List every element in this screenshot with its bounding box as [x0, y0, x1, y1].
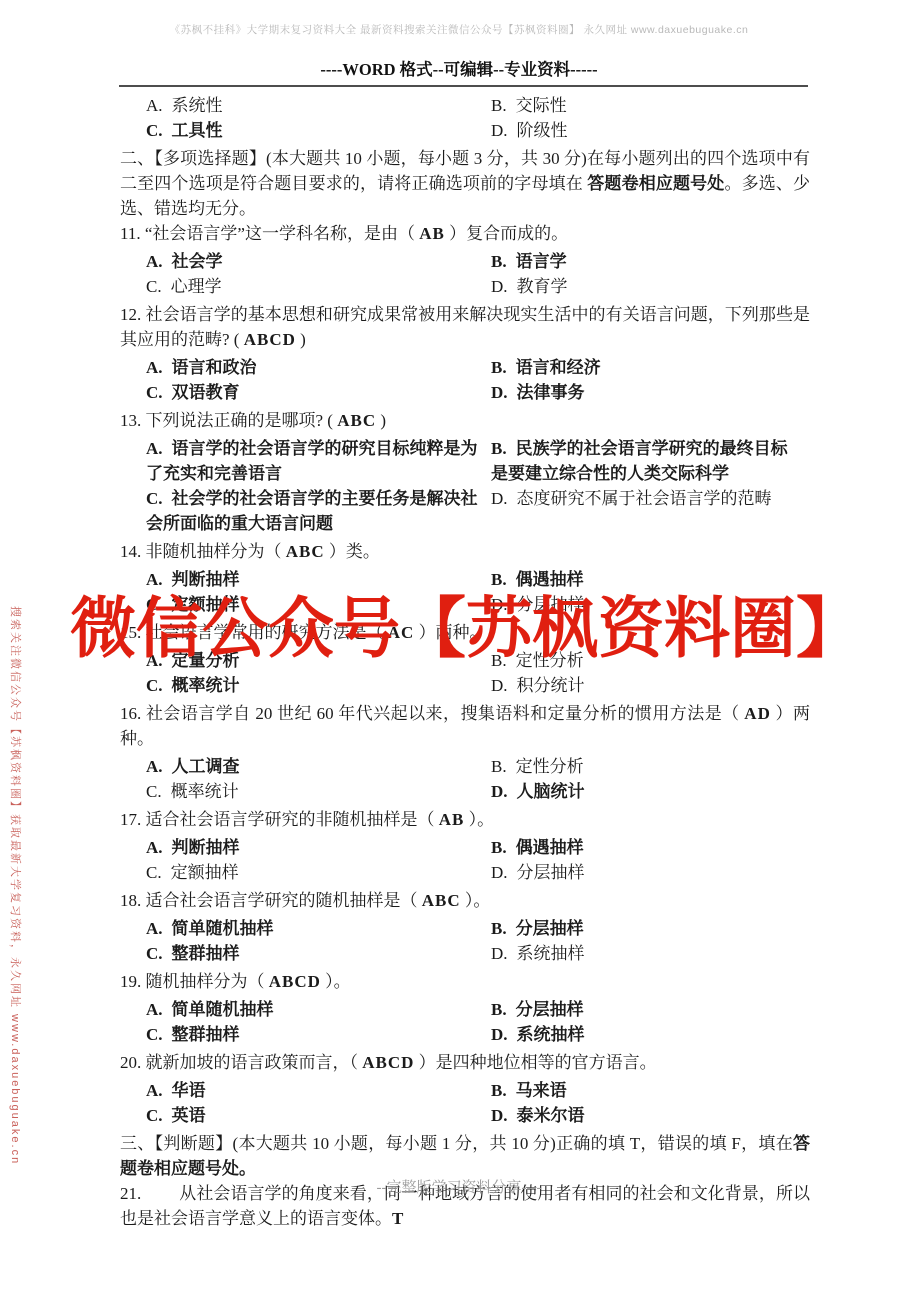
option: C.概率统计	[146, 673, 491, 698]
option: D.积分统计	[491, 673, 810, 698]
option: C.整群抽样	[146, 1022, 491, 1047]
header-note: 《苏枫不挂科》大学期末复习资料大全 最新资料搜索关注微信公众号【苏枫资料圈】 永…	[0, 22, 918, 37]
options-grid: A.判断抽样 B.偶遇抽样 C.定额抽样 D.分层抽样	[120, 835, 810, 885]
question-stem: 12. 社会语言学的基本思想和研究成果常被用来解决现实生活中的有关语言问题，下列…	[120, 302, 810, 352]
option: D.阶级性	[491, 118, 810, 143]
option: A.判断抽样	[146, 835, 491, 860]
document-page: 《苏枫不挂科》大学期末复习资料大全 最新资料搜索关注微信公众号【苏枫资料圈】 永…	[0, 0, 918, 1298]
answer-key: ABCD	[269, 972, 321, 991]
doc-title: ----WORD 格式--可编辑--专业资料-----	[0, 56, 918, 80]
footer-note: --完整版学习资料分享----	[0, 1176, 918, 1197]
question-stem: 17. 适合社会语言学研究的非随机抽样是（ AB ）。	[120, 807, 810, 832]
side-watermark: 搜索关注微信公众号【苏枫资料圈】获取最新大学复习资料，永久网址 www.daxu…	[8, 606, 24, 1165]
option: C.定额抽样	[146, 860, 491, 885]
options-grid: A.社会学 B.语言学 C.心理学 D.教育学	[120, 249, 810, 299]
bold-phrase: 答题卷相应题号处	[587, 174, 724, 193]
header-divider	[119, 85, 808, 87]
question-stem: 19. 随机抽样分为（ ABCD ）。	[120, 969, 810, 994]
option: D.法律事务	[491, 380, 810, 405]
option: D.泰米尔语	[491, 1103, 810, 1128]
option: C.心理学	[146, 274, 491, 299]
answer-key: ABC	[286, 542, 325, 561]
option: A.语言和政治	[146, 355, 491, 380]
answer-key: ABCD	[244, 330, 296, 349]
option: B.民族学的社会语言学研究的最终目标是要建立综合性的人类交际科学	[491, 436, 810, 486]
option: B.分层抽样	[491, 997, 810, 1022]
option: C.社会学的社会语言学的主要任务是解决社会所面临的重大语言问题	[146, 486, 491, 536]
option: C.工具性	[146, 118, 491, 143]
option: B.定性分析	[491, 754, 810, 779]
option: B.交际性	[491, 93, 810, 118]
option: B.偶遇抽样	[491, 567, 810, 592]
option: B.马来语	[491, 1078, 810, 1103]
option: C.概率统计	[146, 779, 491, 804]
option: C.整群抽样	[146, 941, 491, 966]
section2-intro: 二、【多项选择题】(本大题共 10 小题，每小题 3 分，共 30 分)在每小题…	[120, 146, 810, 221]
options-grid: A.人工调查 B.定性分析 C.概率统计 D.人脑统计	[120, 754, 810, 804]
question-stem: 20. 就新加坡的语言政策而言，（ ABCD ）是四种地位相等的官方语言。	[120, 1050, 810, 1075]
answer-key: ABC	[422, 891, 461, 910]
options-grid: A.语言和政治 B.语言和经济 C.双语教育 D.法律事务	[120, 355, 810, 405]
answer-key: T	[392, 1209, 403, 1228]
watermark-overlay: 微信公众号【苏枫资料圈】	[70, 597, 862, 663]
option: A.华语	[146, 1078, 491, 1103]
options-grid: A.语言学的社会语言学的研究目标纯粹是为了充实和完善语言 B.民族学的社会语言学…	[120, 436, 810, 536]
option: A.简单随机抽样	[146, 916, 491, 941]
option: B.语言学	[491, 249, 810, 274]
answer-key: ABC	[337, 411, 376, 430]
option: B.分层抽样	[491, 916, 810, 941]
answer-key: AD	[744, 704, 771, 723]
question-stem: 13. 下列说法正确的是哪项? ( ABC )	[120, 408, 810, 433]
option: D.系统抽样	[491, 941, 810, 966]
section3-intro: 三、【判断题】(本大题共 10 小题，每小题 1 分，共 10 分)正确的填 T…	[120, 1131, 810, 1181]
question-stem: 18. 适合社会语言学研究的随机抽样是（ ABC ）。	[120, 888, 810, 913]
option: A.社会学	[146, 249, 491, 274]
option: D.分层抽样	[491, 860, 810, 885]
answer-key: AB	[419, 224, 445, 243]
options-grid-q10: A.系统性 B.交际性 C.工具性 D.阶级性	[120, 93, 810, 143]
question-stem: 11. “社会语言学”这一学科名称，是由（ AB ）复合而成的。	[120, 221, 810, 246]
option: D.教育学	[491, 274, 810, 299]
option: A.判断抽样	[146, 567, 491, 592]
option: B.偶遇抽样	[491, 835, 810, 860]
options-grid: A.华语 B.马来语 C.英语 D.泰米尔语	[120, 1078, 810, 1128]
question-stem: 16. 社会语言学自 20 世纪 60 年代兴起以来，搜集语料和定量分析的惯用方…	[120, 701, 810, 751]
answer-key: AB	[439, 810, 465, 829]
option: D.人脑统计	[491, 779, 810, 804]
option: D.态度研究不属于社会语言学的范畴	[491, 486, 810, 536]
question-stem: 14. 非随机抽样分为（ ABC ）类。	[120, 539, 810, 564]
options-grid: A.简单随机抽样 B.分层抽样 C.整群抽样 D.系统抽样	[120, 916, 810, 966]
options-grid: A.简单随机抽样 B.分层抽样 C.整群抽样 D.系统抽样	[120, 997, 810, 1047]
answer-key: ABCD	[362, 1053, 414, 1072]
option: A.语言学的社会语言学的研究目标纯粹是为了充实和完善语言	[146, 436, 491, 486]
option: C.英语	[146, 1103, 491, 1128]
option: B.语言和经济	[491, 355, 810, 380]
option: A.系统性	[146, 93, 491, 118]
option: D.系统抽样	[491, 1022, 810, 1047]
option: A.简单随机抽样	[146, 997, 491, 1022]
option: A.人工调查	[146, 754, 491, 779]
option: C.双语教育	[146, 380, 491, 405]
